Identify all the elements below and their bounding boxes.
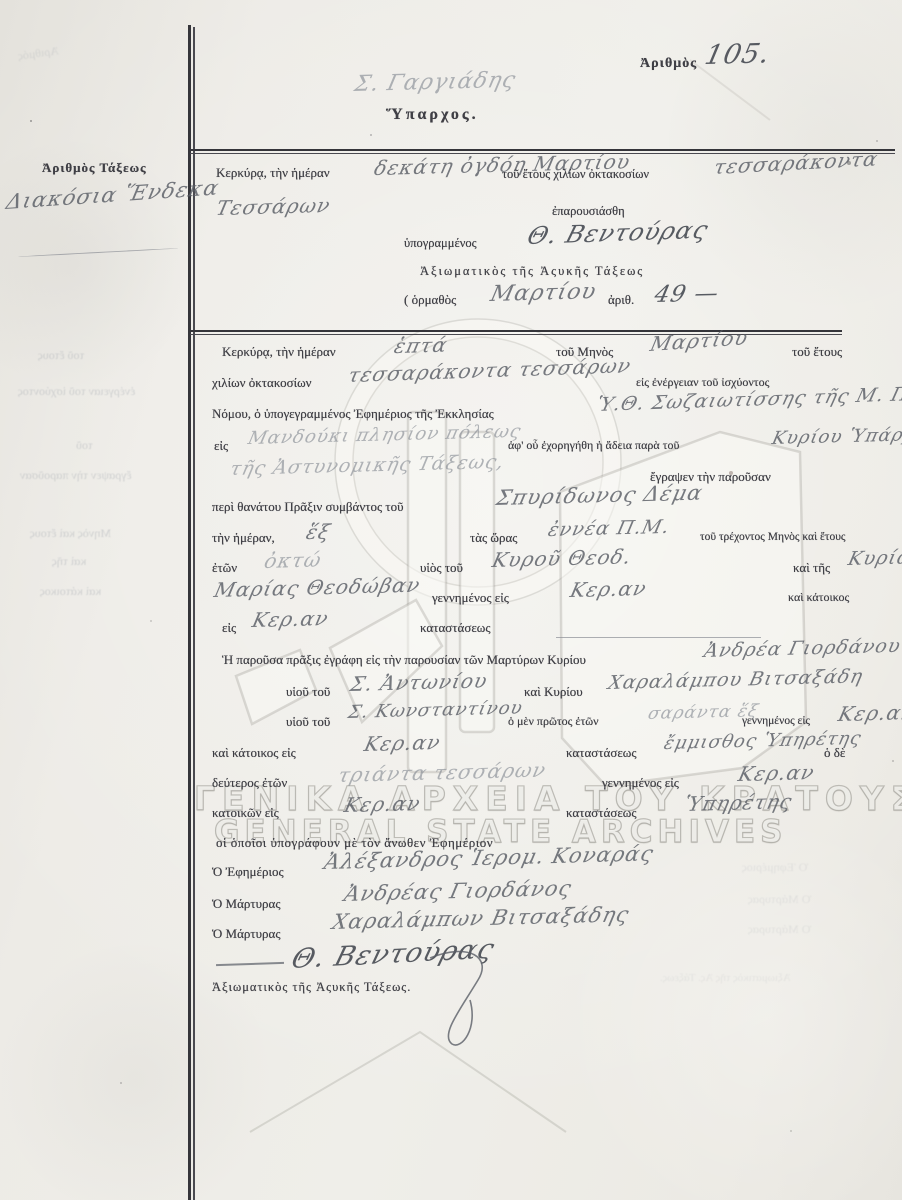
act-line2-year-printed: χιλίων ὀκτακοσίων: [212, 375, 312, 391]
act-line5-office-hw: τῆς Ἀστυνομικῆς Τάξεως,: [228, 451, 507, 480]
scanned-document-page: ΓΕΝΙΚΑ ΑΡΧΕΙΑ ΤΟΥ ΚΡΑΤΟΥΣ GENERAL STATE …: [0, 0, 902, 1200]
act-line8-age-printed: ἐτῶν: [212, 560, 237, 576]
record-number-value: 105.: [702, 38, 773, 71]
bleed-left-6: καὶ κάτοικος: [40, 584, 101, 599]
act-line1-day-hw: ἑπτά: [392, 333, 450, 358]
wit-line5-birthplace-hw: Κερ.αν: [736, 760, 817, 786]
reg-batch-handwritten: Μαρτίου: [488, 279, 599, 307]
sig-witness2-label: Ὁ Μάρτυρας: [212, 926, 281, 942]
act-line7-hours-hw: ἐννέα Π.Μ.: [546, 516, 672, 541]
reg-year-printed: τοῦ ἔτους χιλίων ὀκτακοσίων: [502, 167, 649, 182]
act-line6-deceased-hw: Σπυρίδωνος Δέμα: [494, 481, 705, 510]
wit-line3-father-hw: Σ. Κωνσταντίνου: [346, 697, 525, 723]
bleed-left-2: τοῦ: [76, 438, 93, 453]
bleed-left-3: ἔγραψεν τὴν παροῦσαν: [20, 468, 132, 483]
bleed-left-5: καὶ τῆς: [52, 554, 86, 569]
bleed-right-3: Ἀξιωματικὸς τῆς Ἀς. Τάξεως.: [660, 972, 791, 984]
record-number-label: Ἀριθμὸς: [640, 56, 697, 72]
wit-line4-resident-printed: καὶ κάτοικος εἰς: [212, 745, 296, 761]
bleed-right-0: Ὁ Ἐφημέριος: [742, 860, 808, 875]
act-line4-permit-hw: Κυρίου Ὑπάρχ.: [770, 424, 902, 449]
act-line4-permit-printed: ἀφ' οὗ ἐχορηγήθη ἡ ἄδεια παρὰ τοῦ: [508, 438, 679, 453]
act-line10-at-printed: εἰς: [222, 620, 236, 636]
act-line3-priest-printed: Νόμου, ὁ ὑπογεγραμμένος Ἐφημέριος τῆς Ἐκ…: [212, 406, 494, 422]
act-line7-day-hw: ἕξ: [304, 519, 333, 544]
margin-flourish-line: [18, 248, 178, 257]
officer-title-printed: Ἀξιωματικὸς τῆς Ἀςυκῆς Τάξεως.: [212, 980, 411, 995]
wit-line3-born-printed: γεννημένος εἰς: [742, 715, 810, 727]
watermark-text-greek: ΓΕΝΙΚΑ ΑΡΧΕΙΑ ΤΟΥ ΚΡΑΤΟΥΣ: [194, 779, 902, 818]
act-line7-day-printed: τὴν ἡμέραν,: [212, 530, 275, 546]
wit-line1-printed: Ἡ παροῦσα πρᾶξις ἐγράφη εἰς τὴν παρουσία…: [222, 652, 586, 668]
paper-specks: [30, 120, 32, 122]
reg-officer-signature-handwritten: Θ. Βεντούρας: [524, 216, 712, 250]
act-line9-birthplace-hw: Κερ.αν: [568, 576, 649, 602]
vertical-double-rule-inner: [193, 27, 195, 1200]
act-line1-place: Κερκύρᾳ, τὴν ἡμέραν: [222, 344, 336, 360]
wit-line1-name-hw: Ἀνδρέα Γιορδάνου: [702, 635, 902, 662]
bleed-left-4: Μηνὸς καὶ ἔτους: [30, 526, 111, 541]
wit-line6-resident-printed: κατοικῶν εἰς: [212, 805, 279, 821]
reg-officer-title: Ἀξιωματικὸς τῆς Ἀςυκῆς Τάξεως: [420, 264, 644, 279]
act-line8-son-printed: υἱὸς τοῦ: [420, 560, 463, 576]
reg-place-line: Κερκύρᾳ, τὴν ἡμέραν: [216, 165, 330, 181]
act-line9-resident-printed: καὶ κάτοικος: [788, 590, 849, 605]
wit-line3-birthplace-hw: Κερ.αν: [836, 700, 902, 726]
act-line8-age-hw: ὀκτώ: [262, 548, 324, 573]
act-line4-at: εἰς: [214, 438, 228, 454]
sig-witness1-handwritten: Ἀνδρέας Γιορδάνος: [342, 876, 574, 906]
bleed-left-1: ἐνέργειαν τοῦ ἰσχύοντος: [18, 384, 135, 399]
sig-witness2-handwritten: Χαραλάμπων Βιτσαξάδης: [330, 902, 632, 934]
act-line10-residence-hw: Κερ.αν: [250, 606, 331, 632]
act-line8-and-printed: καὶ τῆς: [793, 560, 830, 576]
act-line2-year-hw: τεσσαράκοντα τεσσάρων: [346, 353, 634, 387]
official-name-handwritten: Σ. Γαργιάδης: [352, 68, 519, 97]
wit-line2-father-hw: Σ. Ἀντωνίου: [348, 668, 490, 696]
wit-line6-residence-hw: Κερ.αν: [342, 791, 423, 817]
wit-line2-and-printed: καὶ Κυρίου: [524, 684, 583, 700]
act-line10-blank-line: [556, 637, 761, 638]
wit-line6-occupation-hw: Ὑπηρέτης: [682, 789, 795, 816]
wit-line3-first-age-printed: ὁ μὲν πρῶτος ἐτῶν: [508, 714, 599, 729]
order-number-label: Ἀριθμὸς Τάξεως: [42, 160, 147, 176]
sig-witness1-label: Ὁ Μάρτυρας: [212, 896, 281, 912]
act-line1-year-label: τοῦ ἔτους: [792, 344, 842, 360]
reg-batch-label: ( ὁρμαθὸς: [404, 292, 456, 308]
reg-year-handwritten-1: τεσσαράκοντα: [712, 147, 880, 179]
act-line8-father-hw: Κυροῦ Θεοδ.: [490, 544, 634, 572]
sig-priest-label: Ὁ Ἐφημέριος: [212, 864, 284, 880]
act-line4-place-hw: Μανδούκι πλησίον πόλεως: [246, 421, 523, 449]
bleed-corner-number: Ἀριθμός: [17, 43, 60, 64]
bleed-right-2: Ὁ Μάρτυρας: [748, 922, 811, 937]
wit-line5-age-printed: δεύτερος ἐτῶν: [212, 775, 287, 791]
wit-line4-status-printed: καταστάσεως: [566, 745, 637, 761]
reg-presented-label: ἐπαρουσιάσθη: [552, 204, 625, 219]
act-line9-mother-hw: Μαρίας Θεοδώβαν: [212, 573, 423, 602]
reg-year-handwritten-2: Τεσσάρων: [214, 193, 333, 220]
bleed-right-1: Ὁ Μάρτυρας: [748, 892, 811, 907]
official-title: Ὕπαρχος.: [386, 106, 479, 124]
officer-signature-flourish: [400, 940, 510, 1050]
act-line2-law-intro: εἰς ἐνέργειαν τοῦ ἰσχύοντος: [636, 375, 769, 390]
officer-signature-dash: [216, 962, 284, 966]
act-line9-born-printed: γεννημένος εἰς: [432, 590, 509, 606]
act-line7-hours-printed: τὰς ὥρας: [470, 530, 517, 546]
wit-line2-son-printed: υἱοῦ τοῦ: [286, 684, 330, 700]
reg-undersigned-label: ὑπογραμμένος: [404, 236, 477, 251]
act-line8-mother-title-hw: Κυρίας: [846, 546, 902, 570]
reg-num-handwritten: 49 —: [652, 280, 722, 308]
act-line7-month-year-printed: τοῦ τρέχοντος Μηνὸς καὶ ἔτους: [700, 531, 846, 543]
wit-line4-residence-hw: Κερ.αν: [362, 730, 443, 756]
bleed-left-0: τοῦ ἔτους: [38, 348, 84, 363]
act-line10-status-printed: καταστάσεως: [420, 620, 491, 636]
wit-line2-name2-hw: Χαραλάμπου Βιτσαξάδη: [606, 665, 865, 694]
act-line6-death-printed: περὶ θανάτου Πρᾶξιν συμβάντος τοῦ: [212, 499, 404, 515]
reg-num-label: ἀριθ.: [608, 292, 634, 308]
wit-line3-son-printed: υἱοῦ τοῦ: [286, 714, 330, 730]
wit-line6-status-printed: καταστάσεως: [566, 805, 637, 821]
wit-line5-born-printed: γεννημένος εἰς: [602, 775, 679, 791]
wit-line4-second-printed: ὁ δὲ: [824, 745, 845, 761]
